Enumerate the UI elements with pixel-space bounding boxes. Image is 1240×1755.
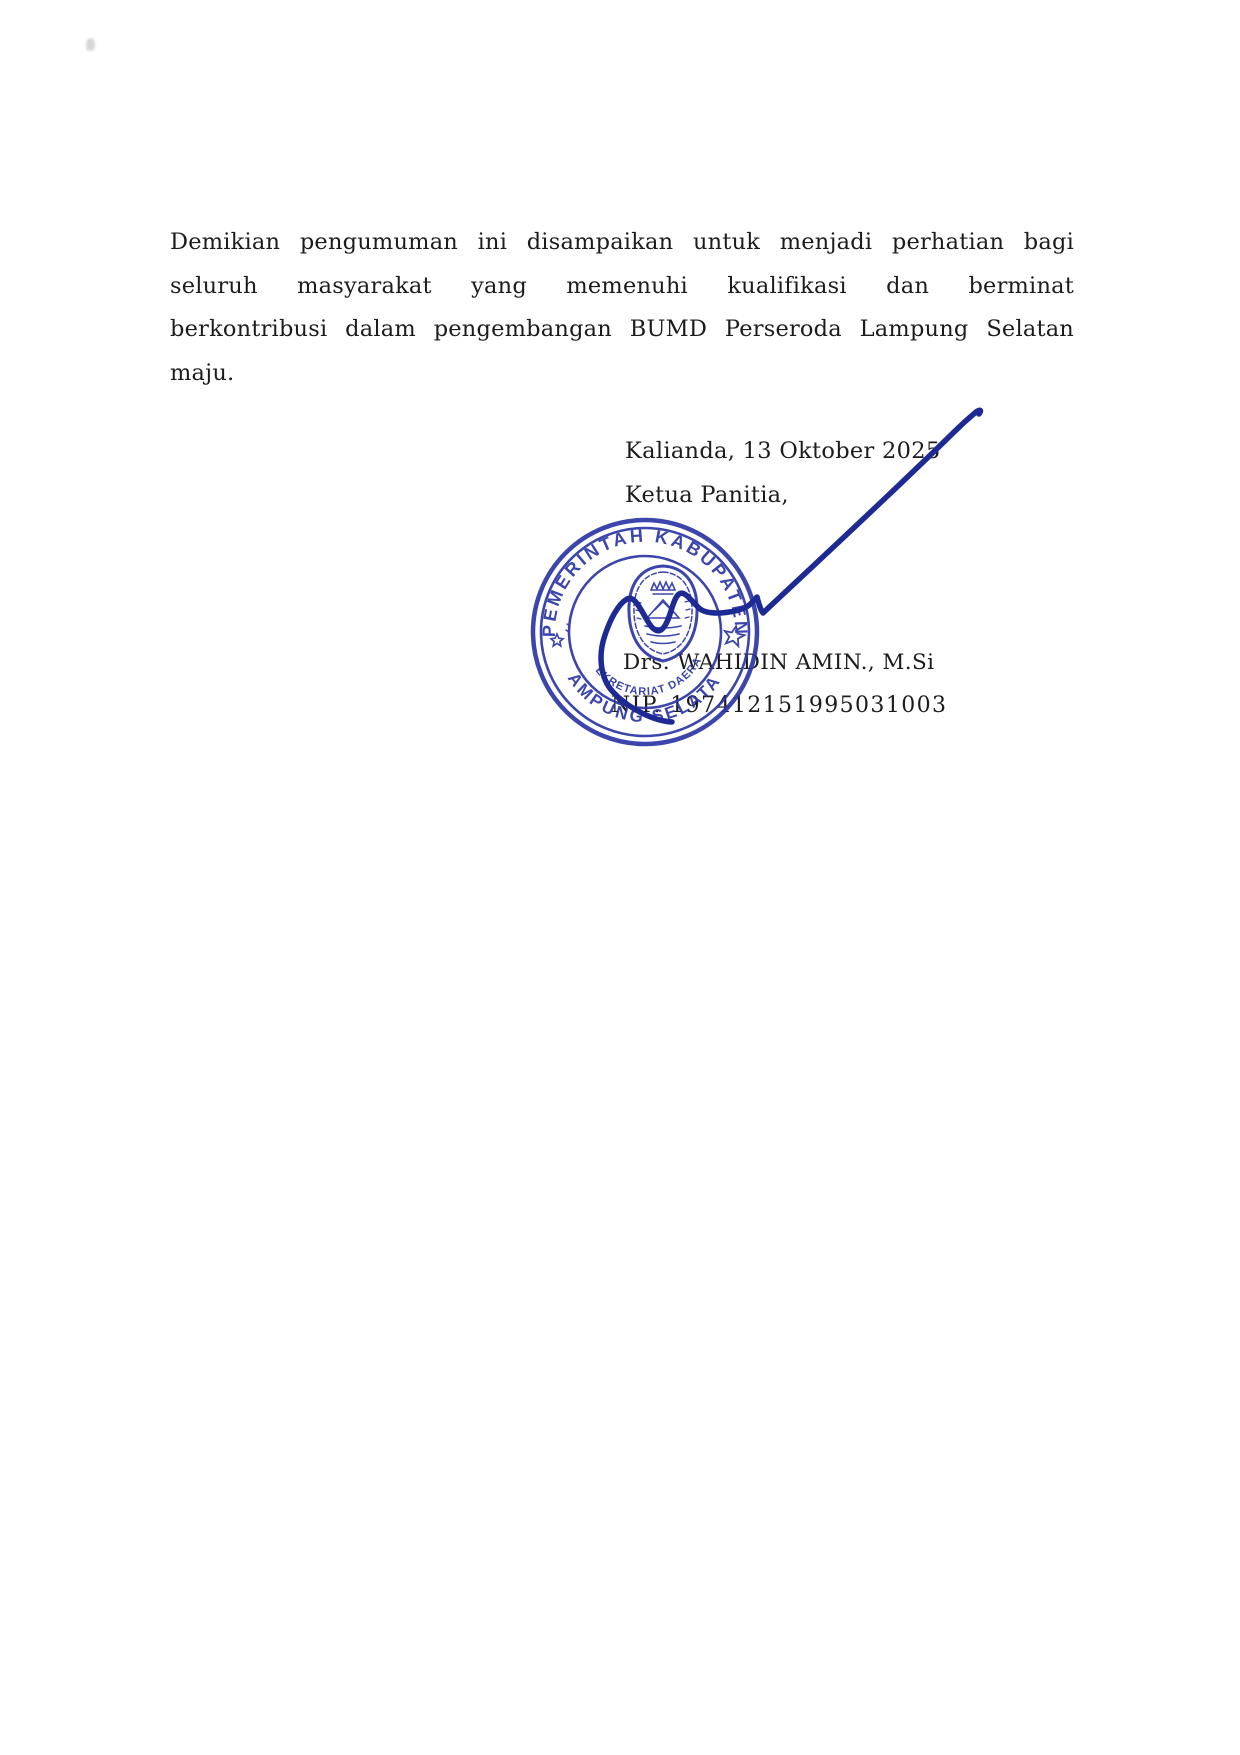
document-page: Demikian pengumuman ini disampaikan untu… xyxy=(0,0,1240,1755)
paragraph-line: seluruh masyarakat yang memenuhi kualifi… xyxy=(170,265,1074,309)
signature xyxy=(560,378,1020,760)
paragraph-line: Demikian pengumuman ini disampaikan untu… xyxy=(170,221,1074,265)
paragraph-line: berkontribusi dalam pengembangan BUMD Pe… xyxy=(170,308,1074,352)
signature-stroke xyxy=(601,410,980,722)
paper-smudge xyxy=(86,38,95,51)
closing-paragraph: Demikian pengumuman ini disampaikan untu… xyxy=(170,221,1074,395)
